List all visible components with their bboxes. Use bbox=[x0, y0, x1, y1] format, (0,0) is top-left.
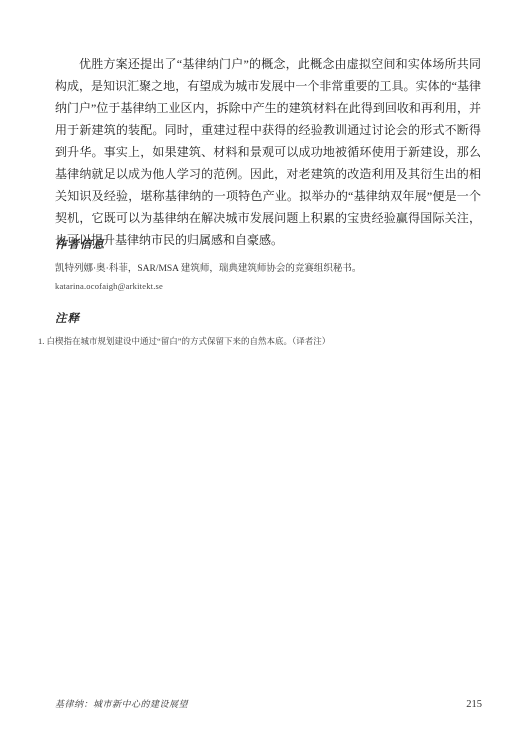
author-email: katarina.ocofaigh@arkitekt.se bbox=[55, 281, 481, 291]
main-text-block: 优胜方案还提出了“基律纳门户”的概念，此概念由虚拟空间和实体场所共同构成，是知识… bbox=[55, 53, 481, 251]
note-item: 1. 白楔指在城市规划建设中通过“留白”的方式保留下来的自然本底。（译者注） bbox=[38, 335, 488, 348]
notes-heading: 注释 bbox=[55, 310, 488, 326]
author-bio: 凯特列娜·奥·科菲，SAR/MSA 建筑师，瑞典建筑师协会的竞赛组织秘书。 bbox=[55, 262, 481, 277]
author-info-section: 作者信息 凯特列娜·奥·科菲，SAR/MSA 建筑师，瑞典建筑师协会的竞赛组织秘… bbox=[55, 236, 481, 291]
notes-section: 注释 1. 白楔指在城市规划建设中通过“留白”的方式保留下来的自然本底。（译者注… bbox=[38, 310, 488, 348]
page-number: 215 bbox=[466, 699, 482, 710]
author-info-heading: 作者信息 bbox=[55, 236, 481, 252]
document-page: 优胜方案还提出了“基律纳门户”的概念，此概念由虚拟空间和实体场所共同构成，是知识… bbox=[0, 0, 532, 750]
footer-running-title: 基律纳：城市新中心的建设展望 bbox=[55, 697, 188, 710]
page-footer: 基律纳：城市新中心的建设展望 215 bbox=[55, 697, 482, 710]
body-paragraph: 优胜方案还提出了“基律纳门户”的概念，此概念由虚拟空间和实体场所共同构成，是知识… bbox=[55, 53, 481, 251]
